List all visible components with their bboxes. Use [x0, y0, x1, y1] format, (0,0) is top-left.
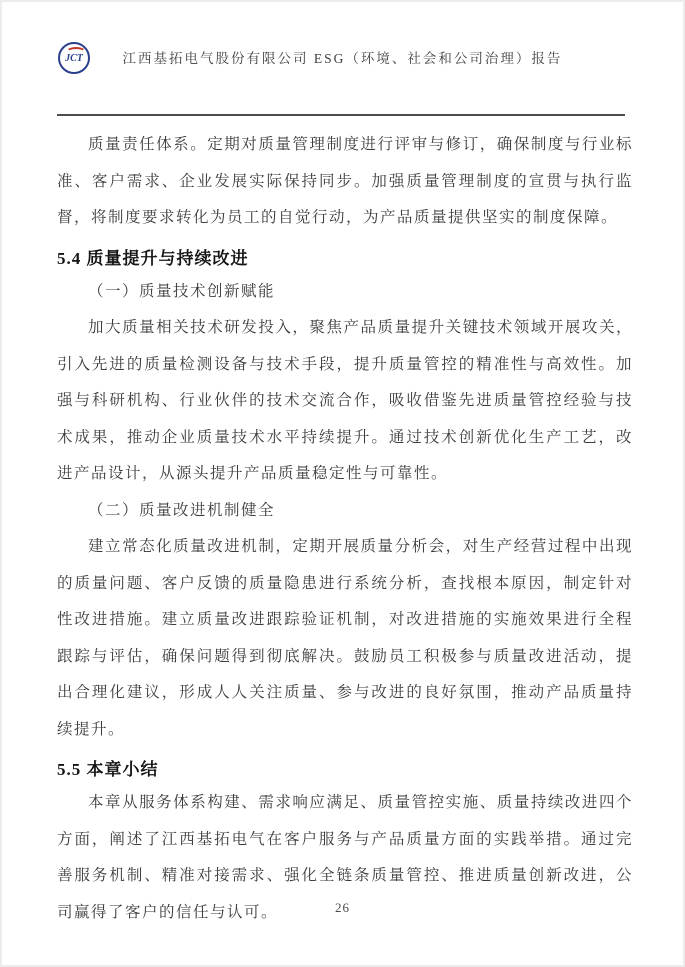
logo-letters: JCT: [60, 53, 88, 64]
report-page: JCT 江西基拓电气股份有限公司 ESG（环境、社会和公司治理）报告 质量责任体…: [0, 0, 685, 967]
section-heading-5-5: 5.5 本章小结: [57, 755, 633, 785]
paragraph-quality-responsibility: 质量责任体系。定期对质量管理制度进行评审与修订，确保制度与行业标准、客户需求、企…: [57, 127, 633, 237]
report-title: 江西基拓电气股份有限公司 ESG（环境、社会和公司治理）报告: [2, 40, 683, 78]
page-number: 26: [335, 900, 350, 915]
page-header: JCT 江西基拓电气股份有限公司 ESG（环境、社会和公司治理）报告: [2, 2, 683, 114]
subsection-heading-improvement-mechanism: （二）质量改进机制健全: [57, 493, 633, 530]
paragraph-tech-innovation: 加大质量相关技术研发投入，聚焦产品质量提升关键技术领域开展攻关，引入先进的质量检…: [57, 310, 633, 493]
page-footer: 26: [2, 899, 683, 917]
section-heading-5-4: 5.4 质量提升与持续改进: [57, 244, 633, 274]
logo-circle: JCT: [58, 42, 90, 74]
paragraph-improvement-mechanism: 建立常态化质量改进机制，定期开展质量分析会，对生产经营过程中出现的质量问题、客户…: [57, 529, 633, 748]
page-content: 质量责任体系。定期对质量管理制度进行评审与修订，确保制度与行业标准、客户需求、企…: [2, 116, 683, 931]
subsection-heading-tech-innovation: （一）质量技术创新赋能: [57, 274, 633, 311]
company-logo-icon: JCT: [58, 42, 94, 78]
